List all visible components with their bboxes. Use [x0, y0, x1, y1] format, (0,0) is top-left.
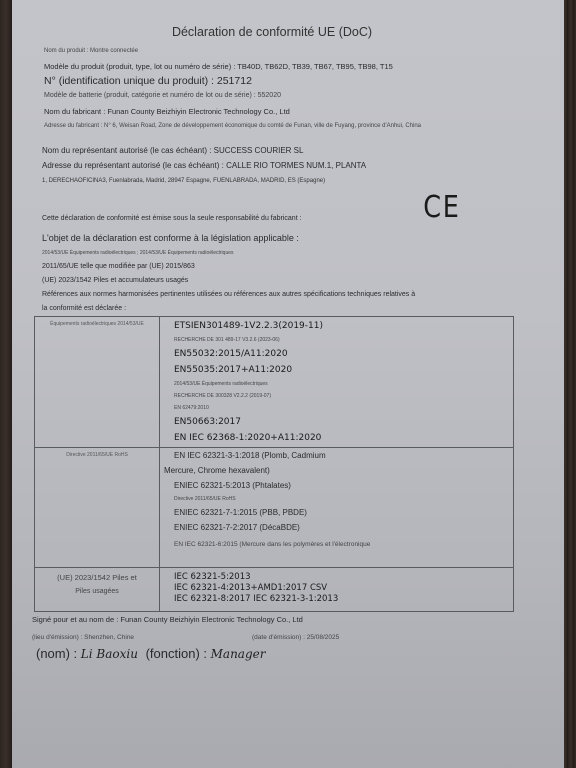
- place-of-issue: (lieu d'émission) : Shenzhen, Chine: [32, 634, 134, 641]
- signatory-function: Manager: [211, 647, 266, 661]
- manufacturer-name: Nom du fabricant : Funan County Beizhiyi…: [44, 107, 290, 116]
- row-label-line1: (UE) 2023/1542 Piles et: [36, 571, 158, 585]
- row-standards: ETSIEN301489-1V2.2.3(2019-11)RECHERCHE D…: [160, 317, 514, 448]
- signatory-name: Li Baoxiu: [81, 647, 138, 661]
- standard-item: ETSIEN301489-1V2.2.3(2019-11): [174, 318, 512, 334]
- function-label: (fonction) :: [146, 646, 207, 661]
- ce-mark-icon: CE: [423, 190, 460, 225]
- standards-table: Équipements radioélectriques 2014/53/UE …: [34, 316, 514, 612]
- standard-item: RECHERCHE DE 300328 V2.2.2 (2019-07): [174, 390, 512, 402]
- standard-item: IEC 62321-8:2017 IEC 62321-3-1:2013: [174, 594, 512, 605]
- standard-item: IEC 62321-4:2013+AMD1:2017 CSV: [174, 583, 512, 594]
- references-text-line1: Références aux normes harmonisées pertin…: [42, 291, 415, 298]
- table-row: Équipements radioélectriques 2014/53/UE …: [35, 317, 514, 448]
- standard-item: RECHERCHE DE 301 489-17 V3.2.6 (2023-06): [174, 334, 512, 346]
- standard-item: EN55035:2017+A11:2020: [174, 362, 512, 378]
- standard-item: EN IEC 62321-3-1:2018 (Plomb, Cadmium: [174, 448, 512, 463]
- product-name: Nom du produit : Montre connectée: [44, 48, 138, 54]
- row-label: (UE) 2023/1542 Piles et Piles usagées: [35, 568, 160, 612]
- standard-item: EN50663:2017: [174, 414, 512, 430]
- manufacturer-address: Adresse du fabricant : N° 6, Weisan Road…: [44, 123, 421, 129]
- standard-item: ENIEC 62321-5:2013 (Phtalates): [174, 478, 512, 493]
- row-label: Équipements radioélectriques 2014/53/UE: [35, 317, 160, 448]
- references-text-line2: la conformité est déclarée :: [42, 305, 126, 312]
- representative-name: Nom du représentant autorisé (le cas éch…: [42, 146, 303, 155]
- legislation-item: (UE) 2023/1542 Piles et accumulateurs us…: [42, 277, 188, 284]
- table-row: Directive 2011/65/UE RoHS EN IEC 62321-3…: [35, 448, 514, 568]
- doc-paper-sheet: Déclaration de conformité UE (DoC) Nom d…: [12, 0, 564, 768]
- unique-id: N° (identification unique du produit) : …: [44, 75, 252, 87]
- standard-item: ENIEC 62321-7-2:2017 (DécaBDE): [174, 520, 512, 535]
- standard-item: ENIEC 62321-7-1:2015 (PBB, PBDE): [174, 505, 512, 520]
- legislation-heading: L'objet de la déclaration est conforme à…: [42, 233, 299, 243]
- representative-address-line2: 1, DERECHAOFICINA3, Fuenlabrada, Madrid,…: [42, 178, 325, 184]
- row-standards: EN IEC 62321-3-1:2018 (Plomb, CadmiumMer…: [160, 448, 514, 568]
- row-standards: IEC 62321-5:2013IEC 62321-4:2013+AMD1:20…: [160, 568, 514, 612]
- standard-item: EN IEC 62321-6:2015 (Mercure dans les po…: [174, 535, 512, 555]
- standard-item: 2014/53/UE Équipements radioélectriques: [174, 378, 512, 390]
- standard-item: Directive 2011/65/UE RoHS: [174, 493, 512, 505]
- row-label-line2: Piles usagées: [36, 585, 158, 599]
- standard-item: Mercure, Chrome hexavalent): [164, 463, 512, 478]
- standard-item: EN 62479:2010: [174, 402, 512, 414]
- name-label: (nom) :: [36, 646, 77, 661]
- standard-item: EN55032:2015/A11:2020: [174, 346, 512, 362]
- legislation-item: 2011/65/UE telle que modifiée par (UE) 2…: [42, 263, 195, 270]
- document-title: Déclaration de conformité UE (DoC): [12, 25, 532, 39]
- responsibility-statement: Cette déclaration de conformité est émis…: [42, 215, 302, 222]
- standard-item: EN IEC 62368-1:2020+A11:2020: [174, 430, 512, 446]
- representative-address-line1: Adresse du représentant autorisé (le cas…: [42, 161, 366, 170]
- signature-line: (nom) : Li Baoxiu (fonction) : Manager: [36, 646, 265, 661]
- standard-item: IEC 62321-5:2013: [174, 572, 512, 583]
- table-row: (UE) 2023/1542 Piles et Piles usagées IE…: [35, 568, 514, 612]
- wood-background-right: [562, 0, 576, 768]
- date-of-issue: (date d'émission) : 25/08/2025: [252, 634, 339, 641]
- product-model: Modèle du produit (produit, type, lot ou…: [44, 62, 393, 71]
- signed-for: Signé pour et au nom de : Funan County B…: [32, 615, 303, 624]
- legislation-item: 2014/53/UE Équipements radioélectriques …: [42, 250, 234, 256]
- row-label: Directive 2011/65/UE RoHS: [35, 448, 160, 568]
- battery-model: Modèle de batterie (produit, catégorie e…: [44, 92, 281, 99]
